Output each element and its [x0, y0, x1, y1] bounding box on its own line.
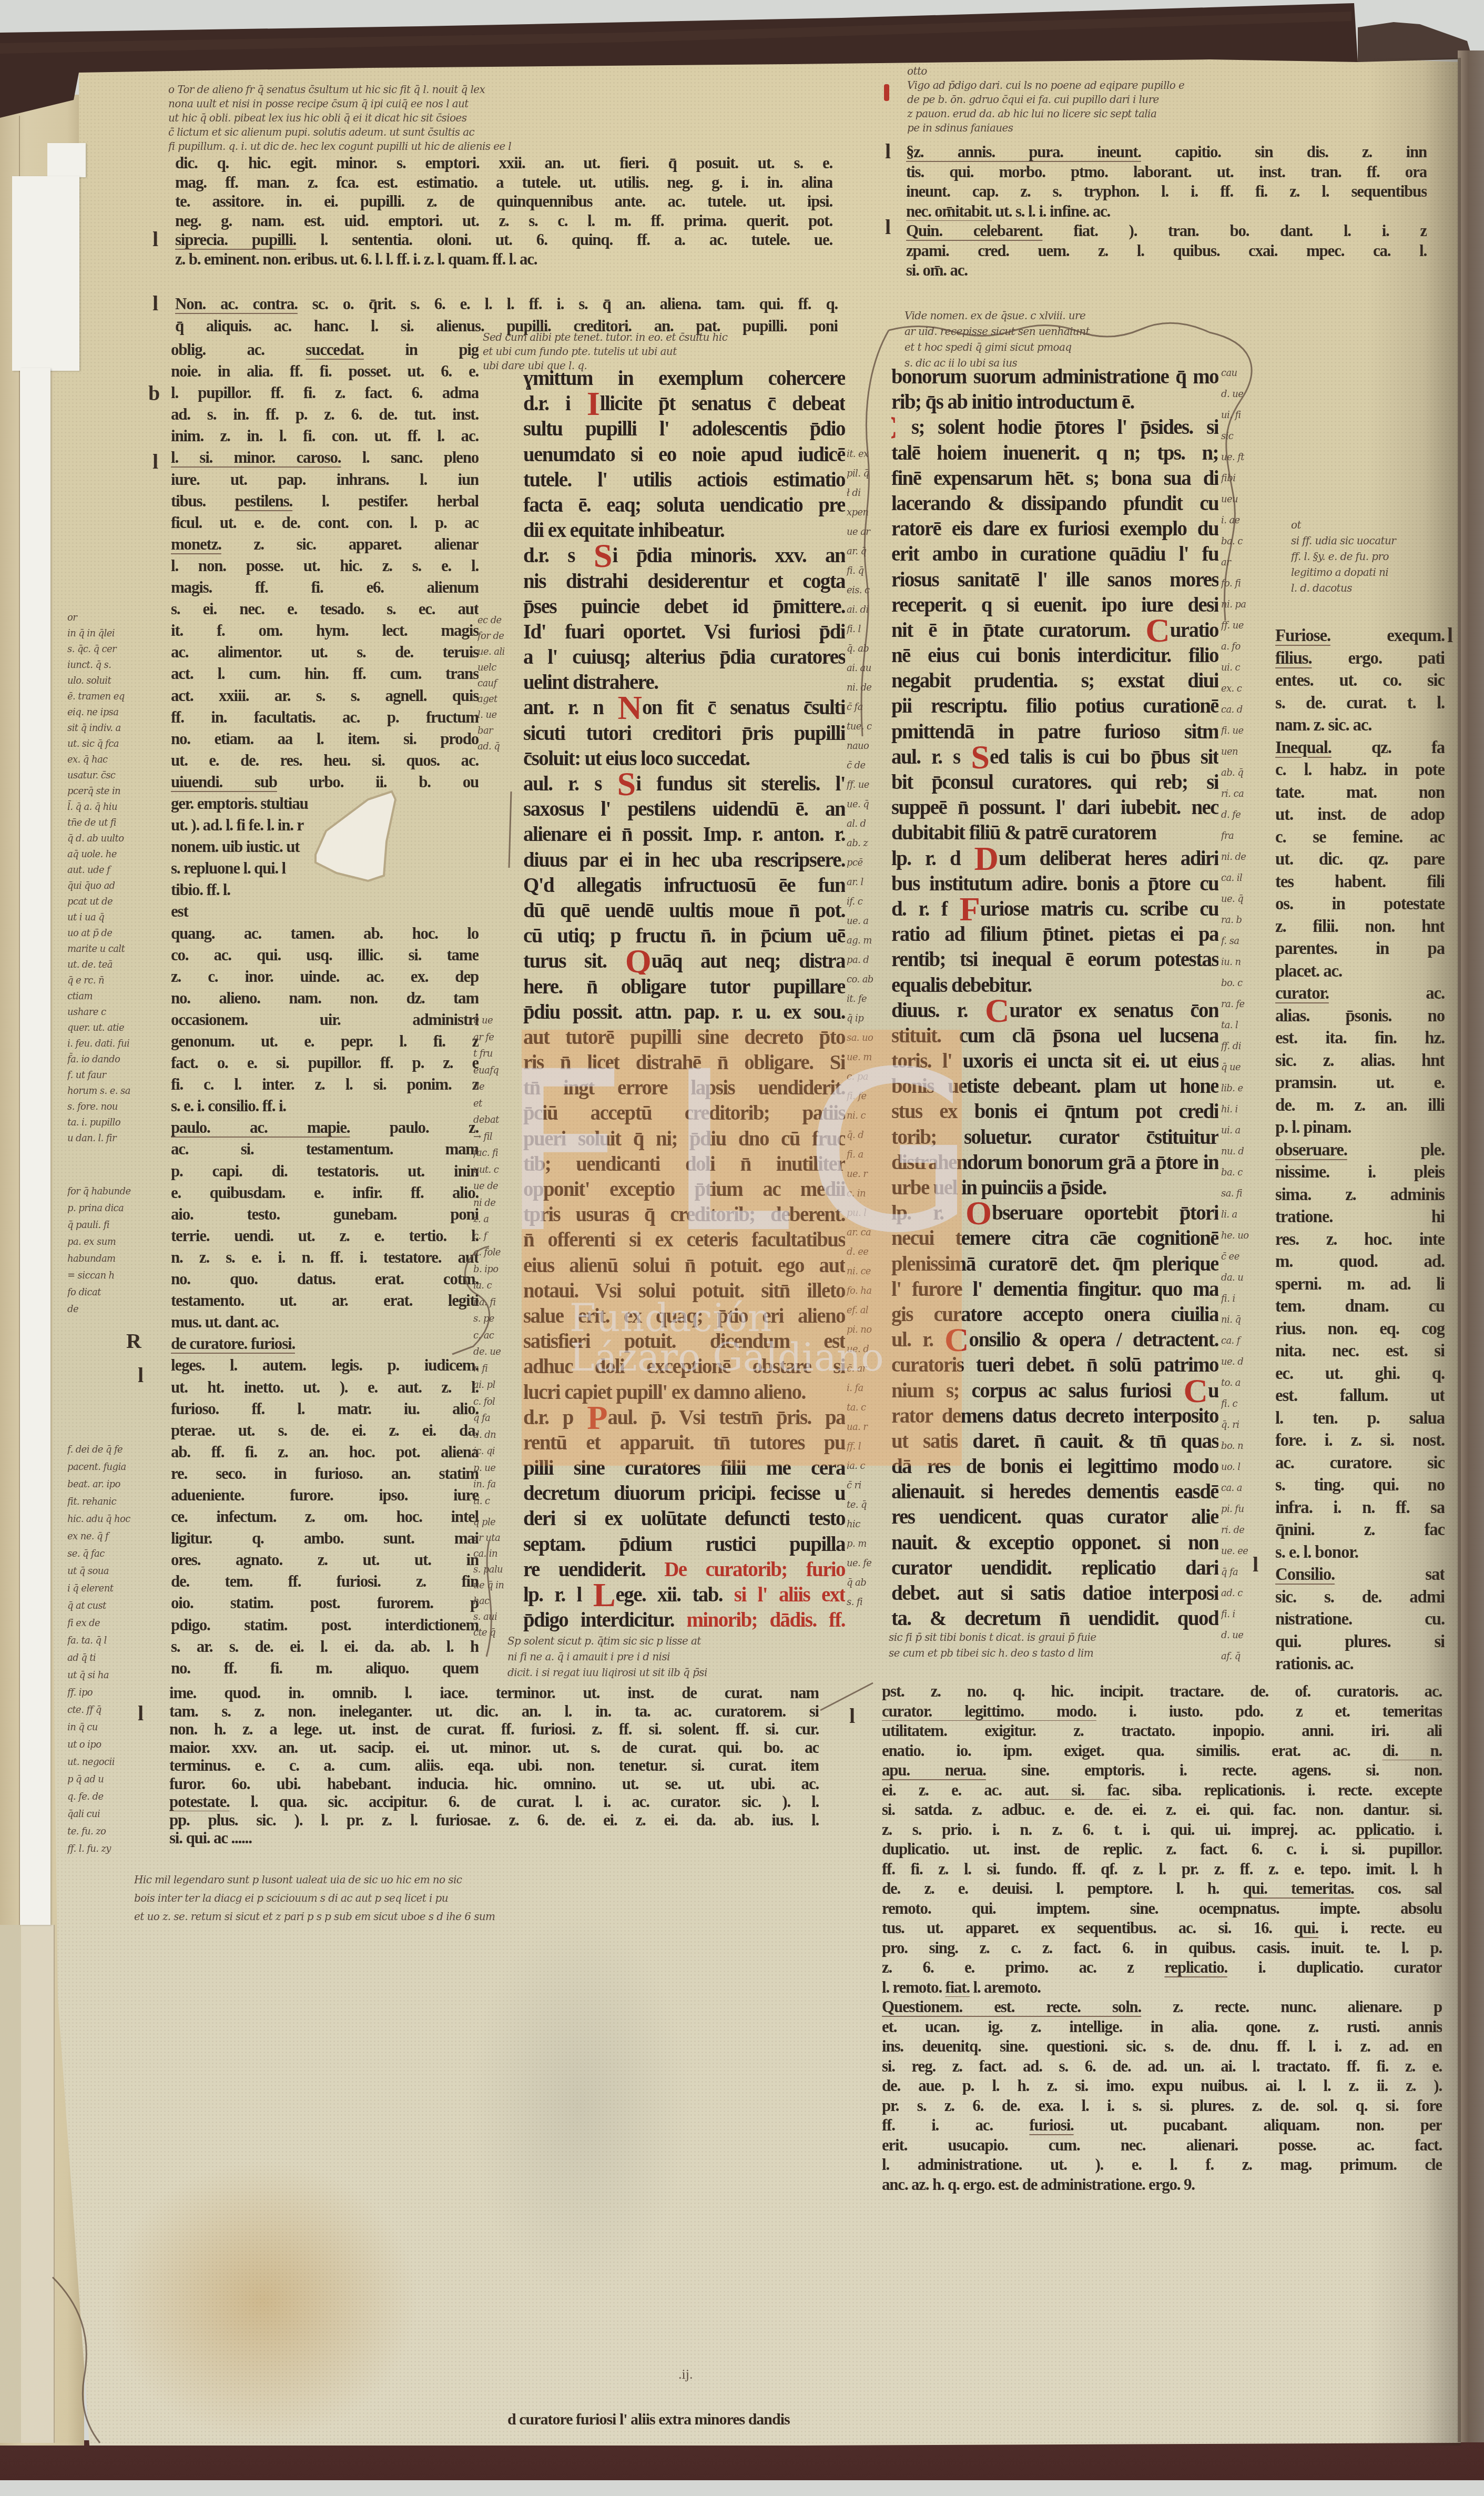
lemma-text: qui.	[1294, 1919, 1318, 1937]
text-line: co. ac. qui. usq. illic. si. tame	[171, 944, 479, 966]
text-line: paulo. ac. mapie. paulo. z.	[171, 1117, 479, 1138]
siglum: tibus.	[171, 492, 235, 510]
rubric-text: si l' aliis ext	[734, 1584, 845, 1606]
top-left-gloss: dic. q. hic. egit. minor. s. emptori. xx…	[175, 154, 832, 269]
text-line: d. ue	[1221, 1625, 1274, 1646]
text-line: ut. e. de. res. heu. si. quos. ac.	[171, 749, 479, 771]
text-line: ue. fe	[847, 1554, 891, 1573]
red-initial: L	[593, 1582, 616, 1608]
text-line: p. capi. di. testatoris. ut. inin	[171, 1160, 479, 1182]
text-line: pii rescriptu. filio potius curationē	[891, 694, 1218, 719]
text-line: tibus. pestilens. l. pestifer. herbal	[171, 490, 479, 512]
text-line: ac. alimentor. ut. s. de. teruis	[171, 641, 479, 663]
text-line: ins. deuenitq. sine. questioni. sic. s. …	[882, 2036, 1442, 2056]
text-line: cte q̄	[473, 1625, 522, 1641]
text-line: tn̄e de ut fi	[67, 815, 167, 831]
text-line: ut. sic q̄ fca	[67, 736, 167, 752]
siglum: ul. r.	[891, 1328, 944, 1351]
text-line: os. in potestate	[1275, 893, 1445, 916]
lemma-text: nec. om̄itabit.	[906, 202, 992, 220]
text-line: ot	[1291, 517, 1465, 533]
lemma-text: siprecia. pupilli.	[175, 230, 296, 249]
text-line: receperit. q si euenit. ipo iure desi	[891, 593, 1218, 618]
text-line: aq̄ uole. he	[67, 847, 167, 863]
text-line: pro. sing. z. c. z. fact. 6. in quibus. …	[882, 1938, 1442, 1958]
text-line: legitimo a dopati ni	[1291, 564, 1465, 580]
text-line: sultu pupilli l' adolescentis p̄dio	[523, 417, 845, 442]
text-line: in q̄ cu	[67, 1719, 167, 1736]
text-line: ff. l. §y. e. de fu. pro	[1291, 549, 1465, 564]
text-line: s. fi	[847, 1592, 891, 1612]
siglum: ant. r. n	[523, 696, 617, 719]
text-line: = siccan h	[67, 1267, 167, 1284]
text-line: Sp solent sicut p. q̄tim sic sic p lisse…	[507, 1633, 870, 1649]
text-line: dubitabit filiū & patrē curatorem	[891, 820, 1218, 846]
text-line: Id' fuari oportet. Vsi furiosi p̄di	[523, 620, 845, 645]
lemma-text: succedat.	[306, 340, 364, 359]
text-line: quer. ut. atie	[67, 1020, 167, 1036]
siglum: oblig. ac.	[171, 340, 306, 359]
text-line: al. d	[847, 814, 891, 834]
text-line: here. n̄ obligare tutor pupillare	[523, 975, 845, 1000]
text-line: ca. a	[1221, 1478, 1274, 1499]
text-line: cauf	[477, 676, 524, 692]
red-initial: S	[594, 543, 613, 569]
text-line: negabit prudentia. s; exstat diui	[891, 668, 1218, 694]
red-initial: C	[1183, 1378, 1207, 1404]
red-initial: P	[587, 1405, 607, 1430]
text-line: Questionem. est. recte. soln. z. recte. …	[882, 1997, 1442, 2017]
text-line: q̄ ab	[847, 1573, 891, 1592]
siglum: ff. i. ac.	[882, 2116, 1029, 2134]
text-line: nium s; corpus ac salus furiosi Cu	[891, 1378, 1218, 1404]
line-text: bseruare oportebit p̄tori	[992, 1202, 1218, 1224]
line-text: uelint distrahere.	[523, 671, 658, 694]
line-text: dubitabit filiū & patrē curatorem	[891, 821, 1156, 844]
gutter-notes-right: caud. ueui. fisicue. ftfibiueui. aeba. c…	[1221, 363, 1274, 1667]
text-line: Furiose. exequm.	[1275, 625, 1445, 647]
text-line: ime. quod. in. omnib. l. iace. terminor.…	[169, 1684, 819, 1702]
text-line: nistratione. cu.	[1275, 1608, 1445, 1631]
siglum: diuus. r.	[891, 999, 985, 1022]
text-line: dii ex equitate inhibeatur.	[523, 518, 845, 543]
red-initial: C	[1145, 618, 1170, 643]
text-line: §z. annis. pura. ineunt. capitio. sin di…	[906, 142, 1427, 162]
red-initial: C	[985, 998, 1009, 1023]
text-line: ai. di	[847, 600, 891, 620]
text-line: riosus sanitatē l' ille sanos mores	[891, 567, 1218, 593]
text-line: ger. emptoris. stultiau	[171, 793, 479, 814]
top-right-cursive-notes: ottoVigo ad p̄digo dari. cui ls no poene…	[907, 64, 1433, 135]
red-initial: C	[891, 415, 898, 440]
siglum: z. 6. e. primo. ac. z	[882, 1958, 1164, 1976]
text-line: pcerq̄ ste in	[67, 784, 167, 799]
text-line: ɣmittum in exemplum cohercere	[523, 366, 845, 391]
line-text: anc. az. h. q. ergo. est. de administrat…	[882, 2175, 1195, 2194]
text-line: ut q̄ soua	[67, 1562, 167, 1580]
text-line: eiq. ne ipsa	[67, 705, 167, 721]
top-left-cursive-notes: o Tor de alieno fr q̄ senatus c̄sultum u…	[168, 83, 831, 154]
line-text: onsilio & opera / detractent.	[969, 1328, 1218, 1351]
text-line: c̄ fa	[847, 697, 891, 717]
text-line: aut. ude f	[67, 863, 167, 878]
text-line: act. xxiii. ar. s. s. agnell. quis	[171, 685, 479, 706]
text-line: ab. q̄	[1221, 763, 1274, 784]
text-line: n. z. s. e. i. n. ff. i. testatore. aut	[171, 1246, 479, 1268]
text-line: ni. de	[1221, 847, 1274, 868]
text-line: lp. r. l Lege. xii. tab. si l' aliis ext	[523, 1582, 845, 1608]
text-line: p. l. pinam.	[1275, 1117, 1445, 1139]
text-line: de curatore. furiosi.	[171, 1333, 479, 1354]
siglum: ei. z. e. ac.	[882, 1781, 1024, 1799]
text-line: i q̄ elerent	[67, 1580, 167, 1597]
text-line: beat. ar. ipo	[67, 1476, 167, 1493]
bottom-binding	[0, 2440, 1484, 2480]
lemma-text: l. si. minor. caroso.	[171, 448, 341, 466]
text-line: pramsin. ut. e.	[1275, 1072, 1445, 1094]
lemma-text: curator. legittimo. modo.	[882, 1702, 1096, 1720]
text-line: ul. r. Consilio & opera / detractent.	[891, 1327, 1218, 1353]
text-line: uo at p̄ de	[67, 926, 167, 941]
text-line: for de	[477, 628, 524, 644]
text-line: nauit. & exceptio opponet. si non	[891, 1530, 1218, 1556]
bottom-left-cursive-notes: Hic mil legendaro sunt p lusont ualeat u…	[134, 1871, 849, 1926]
text-line: ca. il	[1221, 868, 1274, 889]
text-line: uo. l	[1221, 1457, 1274, 1478]
text-line: pmittendā in patre furioso sitm	[891, 719, 1218, 745]
text-line: pa. d	[847, 950, 891, 970]
text-line: a. fo	[1221, 636, 1274, 657]
text-line: saxosus l' pestilens uidendū ē. an	[523, 797, 845, 822]
text-line: it. ex	[847, 444, 891, 464]
text-line: i. ae	[1221, 510, 1274, 531]
notes-below-center-column: Sp solent sicut p. q̄tim sic sic p lisse…	[507, 1633, 870, 1680]
text-line: debet. aut si satis datioe interposi	[891, 1581, 1218, 1606]
text-line: pdigo. statim. post. interdictionem	[171, 1614, 479, 1636]
text-line: to. a	[1221, 1373, 1274, 1394]
text-line: te. fu. zo	[67, 1823, 167, 1840]
text-line: d. fe	[1221, 805, 1274, 826]
line-text: um deliberat heres adiri	[999, 847, 1218, 870]
siglum: enatio. io. ipm. exiget. qua. similis. e…	[882, 1741, 1382, 1760]
line-text: u	[1208, 1379, 1218, 1402]
text-line: ff. i. ac. furiosi. ut. pucabant. aliqua…	[882, 2115, 1442, 2135]
line-text: si. qui. ac ......	[169, 1829, 252, 1847]
text-line: d. dn	[473, 1427, 522, 1444]
text-line: marite u calt	[67, 941, 167, 957]
text-line: fit. rehanic	[67, 1493, 167, 1510]
text-line: curator. ac.	[1275, 982, 1445, 1005]
text-line: nona uult et nisi in posse recipe c̄sum …	[168, 97, 831, 111]
text-line: fra	[1221, 826, 1274, 847]
text-line: deri si ex uolūtate defuncti testo	[523, 1506, 845, 1531]
text-line: if. c	[847, 892, 891, 911]
text-line: ue. d	[1221, 1352, 1274, 1373]
text-line: no. etiam. aa l. item. si. prodo	[171, 728, 479, 749]
text-line: uiuendi. sub urbo. ii. b. ou	[171, 771, 479, 793]
text-line: ec de	[477, 613, 524, 628]
text-line: et uo z. se. retum si sicut et z pari p …	[134, 1907, 849, 1926]
text-line: equalis debebitur.	[891, 973, 1218, 998]
line-text: l. pestifer. herbal	[292, 492, 479, 510]
text-line: adueniente. furore. ipso. iure	[171, 1484, 479, 1506]
line-text: dii ex equitate inhibeatur.	[523, 519, 724, 542]
lemma-text: furiosi.	[1029, 2116, 1073, 2134]
text-line: f̄a. io dando	[67, 1052, 167, 1068]
text-line: ab. z	[847, 834, 891, 853]
siglum: d.r. p	[523, 1406, 587, 1429]
text-line: ri. de	[1221, 1520, 1274, 1541]
text-line: e. quibusdam. e. infir. ff. alio.	[171, 1182, 479, 1203]
text-line: xpen	[847, 503, 891, 522]
text-line: ex ne. q̄ f	[67, 1528, 167, 1545]
text-line: te. q̄	[847, 1495, 891, 1515]
text-line: ui. c	[1221, 657, 1274, 678]
text-line: nis distrahi desiderentur et cogta	[523, 569, 845, 594]
text-line: f. dei de q̄ fe	[67, 1441, 167, 1458]
gloss-letter-mark: b	[148, 383, 160, 404]
text-line: ag. m	[847, 931, 891, 950]
text-line: alienare ei n̄ possit. Imp. r. anton. r.	[523, 822, 845, 847]
paraph-mark: l	[885, 141, 891, 162]
text-line: ta. & decretum n̄ uendidit. quod	[891, 1606, 1218, 1631]
text-line: bonorum suorum administratione q̄ mo	[891, 364, 1218, 390]
text-line: ut. de. teā	[67, 957, 167, 973]
text-line: talē hoiem inuenerit. q n; tps. n;	[891, 441, 1218, 466]
text-line: utilitatem. exigitur. z. tractato. inpop…	[882, 1721, 1442, 1741]
text-line: apu. nerua. sine. emptoris. i. recte. ag…	[882, 1760, 1442, 1780]
text-line: lp. r. d Dum deliberat heres adiri	[891, 846, 1218, 871]
text-line: nē eius cui bonis interdicitur. filio	[891, 643, 1218, 668]
text-line: dic. q. hic. egit. minor. s. emptori. xx…	[175, 154, 832, 173]
text-line: ē. tramen eq	[67, 689, 167, 705]
text-line: ia. c	[847, 1456, 891, 1476]
line-text: l. sententia. oloni. ut. 6. quinq. ff. a…	[296, 230, 832, 249]
line-text: fiat. ). tran. bo. dant. l. i. z	[1042, 221, 1427, 240]
text-line: fibi	[1221, 468, 1274, 489]
watermark-logo-letter: L	[667, 1043, 790, 1264]
red-initial: Q	[625, 949, 652, 974]
text-line: l. ten. p. salua	[1275, 1407, 1445, 1430]
text-line: fo. fi	[1221, 573, 1274, 594]
text-line: bo. c	[1221, 973, 1274, 994]
text-line: s. repluone l. qui. l	[171, 857, 479, 879]
text-line: nit ē in p̄tate curatorum. Curatio	[891, 618, 1218, 643]
text-line: ar	[1221, 552, 1274, 573]
text-line: c. se femine. ac	[1275, 826, 1445, 849]
text-line: z. c. inor. uinde. ac. ex. dep	[171, 966, 479, 987]
text-line: q̄ pauli. fi	[67, 1217, 167, 1234]
text-line: uenumdato si eo noie apud iudicē	[523, 442, 845, 468]
text-line: habundam	[67, 1251, 167, 1267]
text-line: entes. ut. co. sic	[1275, 669, 1445, 692]
text-line: r. fi	[473, 1361, 522, 1377]
text-line: nonem. uib iustic. ut	[171, 836, 479, 857]
text-line: zpami. cred. uem. z. l. quibus. cxai. mp…	[906, 241, 1427, 261]
text-line: sic	[1221, 426, 1274, 447]
text-line: ff. in. facultatis. ac. p. fructum	[171, 706, 479, 728]
text-line: pterae. ut. s. de. ei. z. ei. da.	[171, 1419, 479, 1441]
text-line: q. fe. de	[67, 1788, 167, 1805]
lemma-text: Consilio.	[1275, 1565, 1335, 1584]
text-line: i. feu. dati. fui	[67, 1036, 167, 1052]
text-line: ue. ft	[1221, 447, 1274, 468]
text-line: oblig. ac. succedat. in pig	[171, 339, 479, 360]
text-line: qui. plures. si	[1275, 1631, 1445, 1653]
text-line: fa. ta. q̄ l	[67, 1632, 167, 1649]
text-line: obseruare. ple.	[1275, 1139, 1445, 1162]
line-text: c̄soluit: ut eius loco succedat.	[523, 747, 749, 770]
text-line: ca. in	[473, 1546, 522, 1562]
text-line: enatio. io. ipm. exiget. qua. similis. e…	[882, 1741, 1442, 1761]
text-line: cau	[1221, 363, 1274, 384]
text-line: de	[67, 1301, 167, 1318]
text-line: ba. c	[1221, 1162, 1274, 1183]
text-line: s. ei. nec. e. tesado. s. ec. aut	[171, 598, 479, 620]
text-line: ac. curatore. sic	[1275, 1452, 1445, 1475]
text-line: s. pe	[473, 1311, 522, 1327]
text-line: rius. non. eq. cog	[1275, 1318, 1445, 1341]
siglum: aul. r. s	[523, 773, 617, 795]
text-line: monetz. z. sic. apparet. alienar	[171, 533, 479, 555]
text-line: co. ab	[847, 970, 891, 989]
text-line: ta. i. pupillo	[67, 1115, 167, 1131]
text-line: tam. s. z. non. ineleganter. ut. dic. an…	[169, 1702, 819, 1721]
text-line: ut. ). ad. l. fi fe. l. in. r	[171, 814, 479, 836]
line-text: ed talis is cui bo p̄bus sit	[990, 746, 1218, 768]
text-line: q̄. ab	[847, 639, 891, 658]
text-line: inim. z. in. l. fi. con. ut. ff. l. ac.	[171, 425, 479, 447]
text-line: tate. mat. non	[1275, 782, 1445, 804]
text-line: ue q̄ in	[473, 1578, 522, 1594]
text-line: parentes. in pa	[1275, 938, 1445, 960]
text-line: eis. c	[847, 581, 891, 600]
gutter-notes-left: ec defor deue. aliuelccaufagetl. uebarad…	[477, 613, 524, 755]
line-text: equalis debebitur.	[891, 974, 1032, 997]
text-line: pcat ut de	[67, 894, 167, 910]
bottom-left-gloss: ime. quod. in. omnib. l. iace. terminor.…	[169, 1684, 819, 1848]
line-text: ege. xii. tab.	[616, 1584, 734, 1606]
text-line: f. ut faur	[67, 1068, 167, 1083]
text-line: ni. de	[847, 678, 891, 697]
text-line: noie. in alia. ff. fi. posset. ut. 6. e.	[171, 360, 479, 382]
right-margin-cursive-notes: otsi ff. udia sic uocaturff. l. §y. e. d…	[1291, 517, 1465, 596]
siglum: z. s. prio. i. n. z. 6. t. i. qui. ui. i…	[882, 1820, 1356, 1839]
text-line: ar. l	[847, 872, 891, 892]
siglum: d.r. i	[523, 392, 587, 415]
text-line: terminus. e. c. a. cum. aliis. eqa. ubi.…	[169, 1757, 819, 1775]
text-line: decretum diuorum pricipi. fecisse u	[523, 1481, 845, 1506]
text-line: p̄diu possit. attn. pap. r. u. ex sou.	[523, 1000, 845, 1025]
outer-margin-notes: for q̄ habundep. prina dicaq̄ pauli. fip…	[67, 1183, 167, 1318]
text-line: de. aue. p. l. h. z. si. imo. expu nuibu…	[882, 2076, 1442, 2096]
text-line: lacerando & dissipando pfundit cu	[891, 491, 1218, 516]
text-line: ut. ht. inetto. ut. ). e. aut. z. l.	[171, 1376, 479, 1398]
text-line: ra. fe	[1221, 994, 1274, 1015]
red-initial: D	[974, 846, 999, 871]
text-line: tis. qui. morbo. ptmo. laborant. ut. ins…	[906, 162, 1427, 182]
text-line: sic fi p̄ sit tibi bonis t dicat. is gra…	[889, 1629, 1225, 1645]
text-line: siprecia. pupilli. l. sententia. oloni. …	[175, 230, 832, 250]
text-line: aul. r. s Si fundus sit sterelis. l'	[523, 772, 845, 797]
text-line: li. a	[1221, 1204, 1274, 1225]
text-line: in. fa	[473, 1476, 522, 1493]
text-line: duplicatio. ut. inst. de replic. z. fact…	[882, 1839, 1442, 1859]
text-line: q̄ e rc. n̄	[67, 973, 167, 989]
text-line: or	[67, 610, 167, 626]
line-text: tibio. ff. l.	[171, 880, 230, 899]
text-line: filius. ergo. pati	[1275, 647, 1445, 670]
text-line: ue. q̄	[847, 795, 891, 814]
text-line: sperni. m. ad. li	[1275, 1273, 1445, 1296]
text-line: ue. a	[847, 911, 891, 931]
line-text: nonem. uib iustic. ut	[171, 837, 299, 856]
line-text: mus. ut. dant. ac.	[171, 1313, 279, 1331]
text-line: it. f. om. hym. lect. magis	[171, 620, 479, 641]
text-line: q̄ ue	[1221, 1057, 1274, 1078]
text-line: s. ting. qui. no	[1275, 1474, 1445, 1497]
text-line: c̄ lictum et sic alienum pupi. solutis a…	[168, 125, 831, 139]
text-line: ui. fi	[1221, 405, 1274, 426]
text-line: ue. q̄	[1221, 889, 1274, 910]
text-line: hi. i	[1221, 1099, 1274, 1120]
text-line: finē expensarum hēt. s; bona sua di	[891, 466, 1218, 491]
text-line: ad q̄ ti	[67, 1649, 167, 1667]
text-line: horum s. e. sa	[67, 1083, 167, 1099]
text-line: p. m	[847, 1534, 891, 1554]
text-line: ar uid. recepisse sicut sen uenhaiunt	[904, 323, 1209, 339]
text-line: o Tor de alieno fr q̄ senatus c̄sultum u…	[168, 83, 831, 97]
text-line: fo dicat	[67, 1284, 167, 1301]
text-line: l. pupillor. ff. fi. z. fact. 6. adma	[171, 382, 479, 403]
text-line: q̄ali cui	[67, 1805, 167, 1823]
line-text: ut. pucabant. aliquam. non. per	[1074, 2116, 1442, 2134]
line-text: llicite p̄t senatus c̄ debeat	[600, 392, 845, 415]
text-line: ce. infectum. z. om. hoc. intel	[171, 1506, 479, 1527]
line-text: i.	[1414, 1820, 1442, 1839]
text-line: nam. z. sic. ac.	[1275, 714, 1445, 737]
text-line: ec. ut. ghi. q.	[1275, 1363, 1445, 1385]
text-line: pilli sine curatores filii me cera	[523, 1456, 845, 1481]
text-line: erit ambo in curatione quādiu l' fu	[891, 542, 1218, 567]
text-line: ff. ipo	[67, 1684, 167, 1701]
text-line: neg. g. nam. est. uid. emptori. ut. z. s…	[175, 211, 832, 231]
siglum: nium s; corpus ac salus furiosi	[891, 1379, 1183, 1402]
line-text: ple.	[1347, 1141, 1445, 1160]
text-line: de pe b. ōn. gdruo c̄qui ei fa. cui pupi…	[907, 93, 1433, 107]
text-line: ineunt. cap. z. s. tryphon. l. i. ff. fi…	[906, 181, 1427, 201]
text-line: maior. xxv. an. ut. sacip. ei. ut. minor…	[169, 1739, 819, 1757]
left-gloss-column: oblig. ac. succedat. in pignoie. in alia…	[171, 339, 479, 1679]
text-line: ut hic q̄ obli. pibeat lex ius hic obli …	[168, 111, 831, 125]
siglum: turus sit.	[523, 950, 625, 972]
text-line: for q̄ habunde	[67, 1183, 167, 1200]
siglum: de. z. e. deuisi. l. pemptore. l. h.	[882, 1879, 1243, 1898]
text-line: hac	[473, 1594, 522, 1609]
text-line: aio. testo. gunebam. poni	[171, 1203, 479, 1225]
text-line: ue. ali	[477, 644, 524, 660]
text-line: q̄nini. z. fac	[1275, 1519, 1445, 1541]
text-line: in q̄ in q̄lei	[67, 626, 167, 642]
text-line: pa. ex sum	[67, 1234, 167, 1251]
line-text: si. om̄. ac.	[906, 261, 968, 279]
line-text: lucri capiet pupill' ex damno alieno.	[523, 1381, 806, 1404]
siglum: lp. r. d	[891, 847, 974, 870]
text-line: se. q̄ fac	[67, 1545, 167, 1562]
text-line: Q'd allegatis infructuosū ēe fun	[523, 873, 845, 898]
text-line: no. quo. datus. erat. cotm.	[171, 1268, 479, 1290]
text-line: pi. fu	[1221, 1499, 1274, 1520]
